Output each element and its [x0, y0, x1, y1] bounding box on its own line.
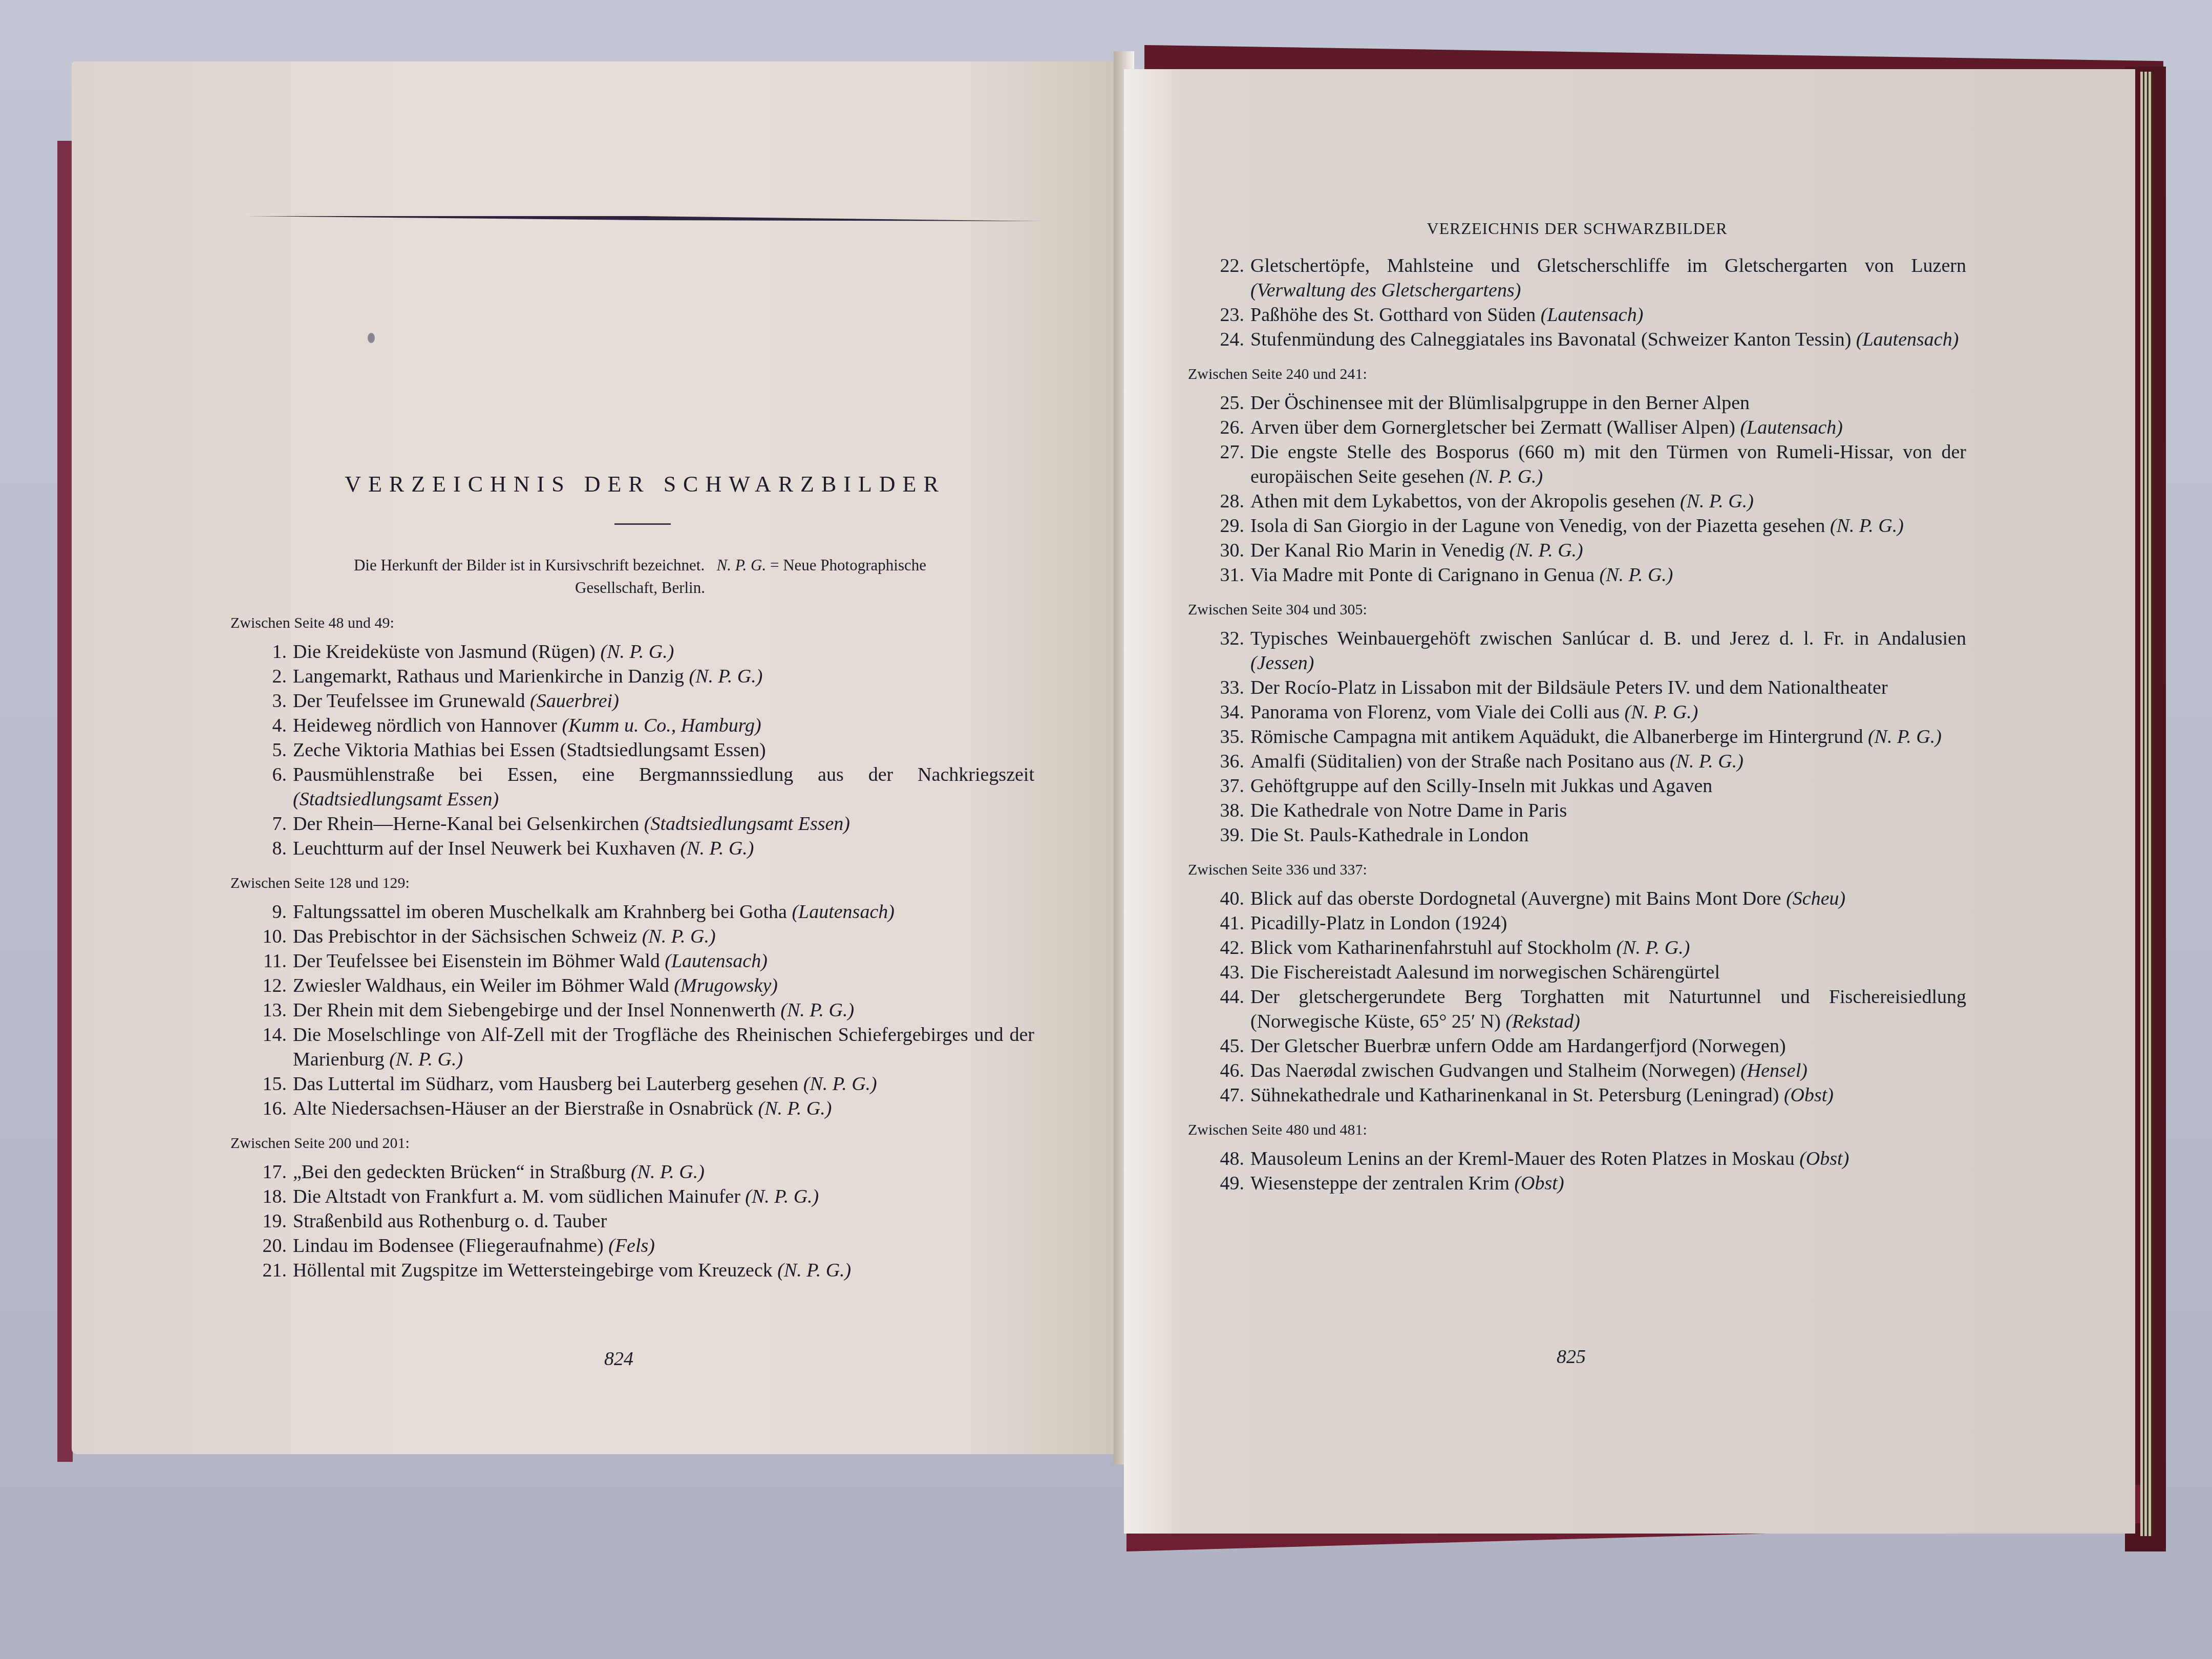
item-caption: Der Rhein—Herne-Kanal bei Gelsenkirchen [293, 813, 639, 835]
item-source: (N. P. G.) [1509, 540, 1583, 561]
item-text-wrap: Der Rhein mit dem Siebengebirge und der … [293, 998, 1034, 1023]
item-text-wrap: Zeche Viktoria Mathias bei Essen (Stadts… [293, 738, 1034, 762]
item-number: 4. [230, 713, 293, 738]
item-source: (Obst) [1784, 1084, 1834, 1106]
item-number: 32. [1188, 626, 1250, 675]
item-source: (N. P. G.) [1625, 701, 1698, 723]
item-number: 7. [230, 812, 293, 836]
item-source: (N. P. G.) [777, 1260, 851, 1281]
item-source: (N. P. G.) [1830, 515, 1904, 537]
list-item: 4.Heideweg nördlich von Hannover (Kumm u… [230, 713, 1034, 738]
item-caption: Paßhöhe des St. Gotthard von Süden [1250, 304, 1536, 326]
item-text-wrap: Der Kanal Rio Marin in Venedig (N. P. G.… [1250, 538, 1966, 563]
item-text-wrap: Langemarkt, Rathaus und Marienkirche in … [293, 664, 1034, 689]
list-item: 43.Die Fischereistadt Aalesund im norweg… [1188, 960, 1966, 985]
list-item: 36.Amalfi (Süditalien) von der Straße na… [1188, 749, 1966, 774]
item-number: 41. [1188, 911, 1250, 935]
item-text-wrap: Die Kreideküste von Jasmund (Rügen) (N. … [293, 640, 1034, 664]
item-text-wrap: Alte Niedersachsen-Häuser an der Bierstr… [293, 1096, 1034, 1121]
item-caption: Der gletschergerundete Berg Torghatten m… [1250, 986, 1966, 1032]
item-text-wrap: Faltungssattel im oberen Muschelkalk am … [293, 900, 1034, 924]
item-number: 3. [230, 689, 293, 713]
item-text-wrap: „Bei den gedeckten Brücken“ in Straßburg… [293, 1160, 1034, 1184]
item-text-wrap: Picadilly-Platz in London (1924) [1250, 911, 1966, 935]
list-item: 9.Faltungssattel im oberen Muschelkalk a… [230, 900, 1034, 924]
item-caption: Zwiesler Waldhaus, ein Weiler im Böhmer … [293, 975, 669, 996]
item-source: (N. P. G.) [1600, 564, 1673, 586]
item-number: 9. [230, 900, 293, 924]
item-text-wrap: Die Moselschlinge von Alf-Zell mit der T… [293, 1023, 1034, 1072]
item-caption: Zeche Viktoria Mathias bei Essen (Stadts… [293, 739, 766, 761]
item-source: (Lautensach) [665, 950, 768, 972]
item-text-wrap: Mausoleum Lenins an der Kreml-Mauer des … [1250, 1146, 1966, 1171]
item-source: (Lautensach) [1541, 304, 1644, 326]
item-text-wrap: Das Prebischtor in der Sächsischen Schwe… [293, 924, 1034, 949]
item-caption: Via Madre mit Ponte di Carignano in Genu… [1250, 564, 1594, 586]
item-text-wrap: Via Madre mit Ponte di Carignano in Genu… [1250, 563, 1966, 587]
list-item: 23.Paßhöhe des St. Gotthard von Süden (L… [1188, 303, 1966, 327]
item-source: (N. P. G.) [601, 641, 674, 663]
item-number: 35. [1188, 725, 1250, 749]
page-number-left: 824 [604, 1348, 633, 1370]
item-number: 43. [1188, 960, 1250, 985]
item-number: 48. [1188, 1146, 1250, 1171]
item-source: (Obst) [1799, 1148, 1849, 1169]
item-number: 18. [230, 1184, 293, 1209]
item-number: 28. [1188, 489, 1250, 514]
list-item: 38.Die Kathedrale von Notre Dame in Pari… [1188, 798, 1966, 823]
item-text-wrap: Amalfi (Süditalien) von der Straße nach … [1250, 749, 1966, 774]
list-item: 48.Mausoleum Lenins an der Kreml-Mauer d… [1188, 1146, 1966, 1171]
list-item: 8.Leuchtturm auf der Insel Neuwerk bei K… [230, 836, 1034, 861]
item-number: 27. [1188, 440, 1250, 489]
item-source: (N. P. G.) [680, 838, 754, 859]
list-section: 22.Gletschertöpfe, Mahlsteine und Gletsc… [1188, 253, 1966, 352]
item-number: 45. [1188, 1034, 1250, 1058]
item-number: 12. [230, 973, 293, 998]
item-caption: Der Öschinensee mit der Blümlisalpgruppe… [1250, 392, 1750, 414]
item-text-wrap: Höllental mit Zugspitze im Wettersteinge… [293, 1258, 1034, 1283]
item-source: (Fels) [608, 1235, 655, 1257]
item-number: 23. [1188, 303, 1250, 327]
list-item: 12.Zwiesler Waldhaus, ein Weiler im Böhm… [230, 973, 1034, 998]
item-source: (Lautensach) [792, 901, 895, 923]
paper-spot [368, 333, 375, 343]
item-caption: Das Prebischtor in der Sächsischen Schwe… [293, 926, 637, 947]
list-item: 37.Gehöftgruppe auf den Scilly-Inseln mi… [1188, 774, 1966, 798]
list-item: 10.Das Prebischtor in der Sächsischen Sc… [230, 924, 1034, 949]
item-source: (Mrugowsky) [674, 975, 778, 996]
item-caption: Amalfi (Süditalien) von der Straße nach … [1250, 751, 1665, 772]
section-heading: Zwischen Seite 240 und 241: [1188, 363, 1966, 386]
list-item: 40.Blick auf das oberste Dordognetal (Au… [1188, 886, 1966, 911]
list-item: 41.Picadilly-Platz in London (1924) [1188, 911, 1966, 935]
item-text-wrap: Römische Campagna mit antikem Aquädukt, … [1250, 725, 1966, 749]
list-item: 1.Die Kreideküste von Jasmund (Rügen) (N… [230, 640, 1034, 664]
list-item: 35.Römische Campagna mit antikem Aquäduk… [1188, 725, 1966, 749]
section-heading: Zwischen Seite 200 und 201: [230, 1132, 1034, 1155]
item-caption: Athen mit dem Lykabettos, von der Akropo… [1250, 491, 1675, 512]
item-text-wrap: Die Kathedrale von Notre Dame in Paris [1250, 798, 1966, 823]
page-title: VERZEICHNIS DER SCHWARZBILDER [225, 471, 1065, 497]
item-caption: Leuchtturm auf der Insel Neuwerk bei Kux… [293, 838, 675, 859]
item-caption: Stufenmündung des Calneggiatales ins Bav… [1250, 329, 1851, 350]
list-item: 39.Die St. Pauls-Kathedrale in London [1188, 823, 1966, 847]
item-source: (Lautensach) [1740, 417, 1843, 438]
item-text-wrap: Straßenbild aus Rothenburg o. d. Tauber [293, 1209, 1034, 1233]
list-section: Zwischen Seite 480 und 481:48.Mausoleum … [1188, 1119, 1966, 1196]
note-definition: = Neue Photographische [770, 556, 926, 574]
list-item: 13.Der Rhein mit dem Siebengebirge und d… [230, 998, 1034, 1023]
item-number: 34. [1188, 700, 1250, 725]
item-caption: Sühnekathedrale und Katharinenkanal in S… [1250, 1084, 1779, 1106]
item-source: (N. P. G.) [758, 1098, 832, 1119]
item-text-wrap: Der Teufelssee im Grunewald (Sauerbrei) [293, 689, 1034, 713]
picture-list-right: 22.Gletschertöpfe, Mahlsteine und Gletsc… [1188, 253, 1966, 1207]
item-caption: Blick auf das oberste Dordognetal (Auver… [1250, 888, 1781, 909]
item-caption: Der Rocío-Platz in Lissabon mit der Bild… [1250, 677, 1888, 698]
item-source: (N. P. G.) [745, 1186, 819, 1207]
item-text-wrap: Leuchtturm auf der Insel Neuwerk bei Kux… [293, 836, 1034, 861]
item-text-wrap: Paßhöhe des St. Gotthard von Süden (Laut… [1250, 303, 1966, 327]
list-item: 15.Das Luttertal im Südharz, vom Hausber… [230, 1072, 1034, 1096]
item-caption: Alte Niedersachsen-Häuser an der Bierstr… [293, 1098, 753, 1119]
list-item: 17.„Bei den gedeckten Brücken“ in Straßb… [230, 1160, 1034, 1184]
list-section: Zwischen Seite 304 und 305:32.Typisches … [1188, 599, 1966, 847]
item-source: (Sauerbrei) [530, 690, 619, 712]
item-caption: „Bei den gedeckten Brücken“ in Straßburg [293, 1161, 626, 1183]
item-source: (Rekstad) [1505, 1011, 1580, 1032]
item-caption: Die Fischereistadt Aalesund im norwegisc… [1250, 962, 1720, 983]
list-item: 30.Der Kanal Rio Marin in Venedig (N. P.… [1188, 538, 1966, 563]
item-number: 30. [1188, 538, 1250, 563]
item-caption: Höllental mit Zugspitze im Wettersteinge… [293, 1260, 773, 1281]
item-caption: Gletschertöpfe, Mahlsteine und Gletscher… [1250, 255, 1966, 276]
item-number: 17. [230, 1160, 293, 1184]
item-text-wrap: Der gletschergerundete Berg Torghatten m… [1250, 985, 1966, 1034]
list-item: 22.Gletschertöpfe, Mahlsteine und Gletsc… [1188, 253, 1966, 303]
item-text-wrap: Die engste Stelle des Bosporus (660 m) m… [1250, 440, 1966, 489]
title-divider [614, 523, 671, 525]
item-text-wrap: Gehöftgruppe auf den Scilly-Inseln mit J… [1250, 774, 1966, 798]
section-heading: Zwischen Seite 48 und 49: [230, 612, 1034, 634]
item-source: (Stadtsiedlungsamt Essen) [293, 789, 499, 810]
item-caption: Pausmühlenstraße bei Essen, eine Bergman… [293, 764, 1034, 785]
item-number: 49. [1188, 1171, 1250, 1196]
item-source: (Verwaltung des Gletschergartens) [1250, 280, 1521, 301]
item-text-wrap: Der Öschinensee mit der Blümlisalpgruppe… [1250, 391, 1966, 415]
list-item: 16.Alte Niedersachsen-Häuser an der Bier… [230, 1096, 1034, 1121]
item-source: (Obst) [1514, 1173, 1564, 1194]
item-caption: Der Kanal Rio Marin in Venedig [1250, 540, 1504, 561]
list-item: 3.Der Teufelssee im Grunewald (Sauerbrei… [230, 689, 1034, 713]
item-caption: Die Kathedrale von Notre Dame in Paris [1250, 800, 1567, 821]
item-number: 19. [230, 1209, 293, 1233]
item-source: (N. P. G.) [780, 999, 854, 1021]
source-note: Die Herkunft der Bilder ist in Kursivsch… [225, 554, 1055, 599]
list-item: 19.Straßenbild aus Rothenburg o. d. Taub… [230, 1209, 1034, 1233]
list-item: 11.Der Teufelssee bei Eisenstein im Böhm… [230, 949, 1034, 973]
item-source: (N. P. G.) [1616, 937, 1690, 959]
item-caption: Römische Campagna mit antikem Aquädukt, … [1250, 726, 1863, 748]
item-source: (Scheu) [1786, 888, 1845, 909]
item-caption: Der Rhein mit dem Siebengebirge und der … [293, 999, 776, 1021]
item-text-wrap: Arven über dem Gornergletscher bei Zerma… [1250, 415, 1966, 440]
note-text-2: Gesellschaft, Berlin. [575, 579, 705, 597]
item-caption: Faltungssattel im oberen Muschelkalk am … [293, 901, 787, 923]
list-item: 45.Der Gletscher Buerbræ unfern Odde am … [1188, 1034, 1966, 1058]
item-caption: Die Altstadt von Frankfurt a. M. vom süd… [293, 1186, 740, 1207]
list-item: 18.Die Altstadt von Frankfurt a. M. vom … [230, 1184, 1034, 1209]
item-text-wrap: Blick auf das oberste Dordognetal (Auver… [1250, 886, 1966, 911]
page-number-right: 825 [1557, 1346, 1586, 1368]
item-number: 5. [230, 738, 293, 762]
note-abbreviation: N. P. G. [716, 556, 766, 574]
item-number: 16. [230, 1096, 293, 1121]
note-text: Die Herkunft der Bilder ist in Kursivsch… [354, 556, 705, 574]
item-text-wrap: Der Rhein—Herne-Kanal bei Gelsenkirchen … [293, 812, 1034, 836]
list-item: 6.Pausmühlenstraße bei Essen, eine Bergm… [230, 762, 1034, 812]
item-source: (N. P. G.) [1868, 726, 1942, 748]
list-item: 27.Die engste Stelle des Bosporus (660 m… [1188, 440, 1966, 489]
item-text-wrap: Blick vom Katharinenfahrstuhl auf Stockh… [1250, 935, 1966, 960]
list-section: Zwischen Seite 200 und 201:17.„Bei den g… [230, 1132, 1034, 1283]
list-item: 21.Höllental mit Zugspitze im Wetterstei… [230, 1258, 1034, 1283]
item-caption: Wiesensteppe der zentralen Krim [1250, 1173, 1509, 1194]
item-caption: Das Luttertal im Südharz, vom Hausberg b… [293, 1073, 798, 1095]
item-text-wrap: Die St. Pauls-Kathedrale in London [1250, 823, 1966, 847]
item-text-wrap: Der Rocío-Platz in Lissabon mit der Bild… [1250, 675, 1966, 700]
item-number: 42. [1188, 935, 1250, 960]
decorative-tapered-rule [246, 215, 1045, 220]
item-caption: Der Teufelssee im Grunewald [293, 690, 525, 712]
item-number: 1. [230, 640, 293, 664]
item-caption: Die Kreideküste von Jasmund (Rügen) [293, 641, 595, 663]
item-caption: Lindau im Bodensee (Fliegeraufnahme) [293, 1235, 604, 1257]
item-source: (N. P. G.) [1670, 751, 1743, 772]
item-source: (Kumm u. Co., Hamburg) [562, 715, 761, 736]
item-number: 33. [1188, 675, 1250, 700]
item-source: (Hensel) [1740, 1060, 1807, 1081]
page-block-edges [2140, 72, 2153, 1536]
item-caption: Isola di San Giorgio in der Lagune von V… [1250, 515, 1825, 537]
list-item: 46.Das Naerødal zwischen Gudvangen und S… [1188, 1058, 1966, 1083]
picture-list-left: Zwischen Seite 48 und 49:1.Die Kreideküs… [230, 612, 1034, 1294]
list-section: Zwischen Seite 48 und 49:1.Die Kreideküs… [230, 612, 1034, 861]
list-item: 5.Zeche Viktoria Mathias bei Essen (Stad… [230, 738, 1034, 762]
item-caption: Die engste Stelle des Bosporus (660 m) m… [1250, 441, 1966, 487]
item-caption: Heideweg nördlich von Hannover [293, 715, 557, 736]
item-text-wrap: Typisches Weinbauergehöft zwischen Sanlú… [1250, 626, 1966, 675]
item-number: 26. [1188, 415, 1250, 440]
item-text-wrap: Der Gletscher Buerbræ unfern Odde am Har… [1250, 1034, 1966, 1058]
item-number: 38. [1188, 798, 1250, 823]
item-number: 39. [1188, 823, 1250, 847]
list-item: 28.Athen mit dem Lykabettos, von der Akr… [1188, 489, 1966, 514]
item-number: 47. [1188, 1083, 1250, 1108]
list-item: 49.Wiesensteppe der zentralen Krim (Obst… [1188, 1171, 1966, 1196]
item-source: (N. P. G.) [389, 1049, 463, 1070]
item-text-wrap: Das Naerødal zwischen Gudvangen und Stal… [1250, 1058, 1966, 1083]
list-item: 14.Die Moselschlinge von Alf-Zell mit de… [230, 1023, 1034, 1072]
item-source: (N. P. G.) [1469, 466, 1543, 487]
item-number: 22. [1188, 253, 1250, 303]
item-caption: Langemarkt, Rathaus und Marienkirche in … [293, 666, 684, 687]
list-section: Zwischen Seite 336 und 337:40.Blick auf … [1188, 859, 1966, 1108]
item-number: 25. [1188, 391, 1250, 415]
section-heading: Zwischen Seite 128 und 129: [230, 872, 1034, 895]
list-item: 34.Panorama von Florenz, vom Viale dei C… [1188, 700, 1966, 725]
item-text-wrap: Der Teufelssee bei Eisenstein im Böhmer … [293, 949, 1034, 973]
item-caption: Das Naerødal zwischen Gudvangen und Stal… [1250, 1060, 1736, 1081]
item-number: 15. [230, 1072, 293, 1096]
item-caption: Straßenbild aus Rothenburg o. d. Tauber [293, 1210, 607, 1232]
item-caption: Die St. Pauls-Kathedrale in London [1250, 824, 1529, 846]
item-number: 24. [1188, 327, 1250, 352]
item-number: 8. [230, 836, 293, 861]
item-source: (N. P. G.) [689, 666, 762, 687]
item-number: 40. [1188, 886, 1250, 911]
item-caption: Mausoleum Lenins an der Kreml-Mauer des … [1250, 1148, 1795, 1169]
item-number: 10. [230, 924, 293, 949]
item-text-wrap: Isola di San Giorgio in der Lagune von V… [1250, 514, 1966, 538]
list-item: 42.Blick vom Katharinenfahrstuhl auf Sto… [1188, 935, 1966, 960]
item-source: (Lautensach) [1856, 329, 1959, 350]
item-source: (N. P. G.) [803, 1073, 877, 1095]
item-source: (N. P. G.) [642, 926, 716, 947]
item-text-wrap: Die Fischereistadt Aalesund im norwegisc… [1250, 960, 1966, 985]
item-number: 20. [230, 1233, 293, 1258]
item-caption: Blick vom Katharinenfahrstuhl auf Stockh… [1250, 937, 1611, 959]
item-text-wrap: Stufenmündung des Calneggiatales ins Bav… [1250, 327, 1966, 352]
item-text-wrap: Lindau im Bodensee (Fliegeraufnahme) (Fe… [293, 1233, 1034, 1258]
item-caption: Der Gletscher Buerbræ unfern Odde am Har… [1250, 1035, 1786, 1057]
item-source: (Stadtsiedlungsamt Essen) [644, 813, 850, 835]
item-number: 37. [1188, 774, 1250, 798]
item-text-wrap: Panorama von Florenz, vom Viale dei Coll… [1250, 700, 1966, 725]
item-text-wrap: Die Altstadt von Frankfurt a. M. vom süd… [293, 1184, 1034, 1209]
list-item: 44.Der gletschergerundete Berg Torghatte… [1188, 985, 1966, 1034]
item-number: 21. [230, 1258, 293, 1283]
section-heading: Zwischen Seite 336 und 337: [1188, 859, 1966, 881]
item-caption: Panorama von Florenz, vom Viale dei Coll… [1250, 701, 1620, 723]
book-cover-left-edge [57, 141, 73, 1462]
item-number: 44. [1188, 985, 1250, 1034]
item-number: 6. [230, 762, 293, 812]
list-section: Zwischen Seite 240 und 241:25.Der Öschin… [1188, 363, 1966, 587]
item-source: (Jessen) [1250, 652, 1314, 674]
list-item: 33.Der Rocío-Platz in Lissabon mit der B… [1188, 675, 1966, 700]
item-caption: Arven über dem Gornergletscher bei Zerma… [1250, 417, 1735, 438]
item-caption: Picadilly-Platz in London (1924) [1250, 912, 1507, 934]
item-caption: Gehöftgruppe auf den Scilly-Inseln mit J… [1250, 775, 1712, 797]
section-heading: Zwischen Seite 480 und 481: [1188, 1119, 1966, 1141]
list-item: 47.Sühnekathedrale und Katharinenkanal i… [1188, 1083, 1966, 1108]
item-number: 11. [230, 949, 293, 973]
item-text-wrap: Sühnekathedrale und Katharinenkanal in S… [1250, 1083, 1966, 1108]
item-source: (N. P. G.) [631, 1161, 705, 1183]
list-item: 26.Arven über dem Gornergletscher bei Ze… [1188, 415, 1966, 440]
item-text-wrap: Wiesensteppe der zentralen Krim (Obst) [1250, 1171, 1966, 1196]
item-caption: Typisches Weinbauergehöft zwischen Sanlú… [1250, 628, 1966, 649]
list-item: 25.Der Öschinensee mit der Blümlisalpgru… [1188, 391, 1966, 415]
item-text-wrap: Athen mit dem Lykabettos, von der Akropo… [1250, 489, 1966, 514]
item-text-wrap: Gletschertöpfe, Mahlsteine und Gletscher… [1250, 253, 1966, 303]
item-number: 29. [1188, 514, 1250, 538]
list-item: 24.Stufenmündung des Calneggiatales ins … [1188, 327, 1966, 352]
item-caption: Der Teufelssee bei Eisenstein im Böhmer … [293, 950, 660, 972]
item-source: (N. P. G.) [1680, 491, 1754, 512]
item-text-wrap: Heideweg nördlich von Hannover (Kumm u. … [293, 713, 1034, 738]
list-item: 2.Langemarkt, Rathaus und Marienkirche i… [230, 664, 1034, 689]
item-number: 2. [230, 664, 293, 689]
list-item: 20.Lindau im Bodensee (Fliegeraufnahme) … [230, 1233, 1034, 1258]
list-item: 31.Via Madre mit Ponte di Carignano in G… [1188, 563, 1966, 587]
list-item: 29.Isola di San Giorgio in der Lagune vo… [1188, 514, 1966, 538]
item-number: 46. [1188, 1058, 1250, 1083]
list-section: Zwischen Seite 128 und 129:9.Faltungssat… [230, 872, 1034, 1121]
running-head: VERZEICHNIS DER SCHWARZBILDER [1178, 219, 1976, 238]
item-number: 36. [1188, 749, 1250, 774]
list-item: 7.Der Rhein—Herne-Kanal bei Gelsenkirche… [230, 812, 1034, 836]
item-text-wrap: Das Luttertal im Südharz, vom Hausberg b… [293, 1072, 1034, 1096]
list-item: 32.Typisches Weinbauergehöft zwischen Sa… [1188, 626, 1966, 675]
item-text-wrap: Zwiesler Waldhaus, ein Weiler im Böhmer … [293, 973, 1034, 998]
item-text-wrap: Pausmühlenstraße bei Essen, eine Bergman… [293, 762, 1034, 812]
item-number: 14. [230, 1023, 293, 1072]
item-number: 31. [1188, 563, 1250, 587]
item-number: 13. [230, 998, 293, 1023]
section-heading: Zwischen Seite 304 und 305: [1188, 599, 1966, 621]
